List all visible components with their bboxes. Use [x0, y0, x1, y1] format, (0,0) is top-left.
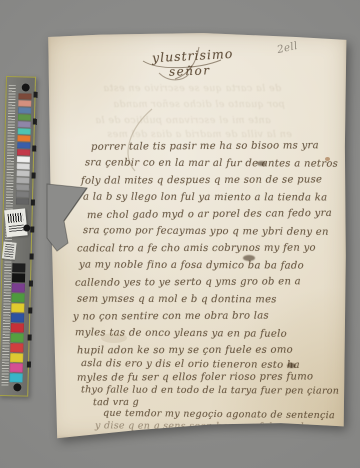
- color-patch: [18, 128, 31, 134]
- color-patch: [10, 373, 23, 382]
- color-patch: [18, 100, 31, 106]
- ink-blot: [257, 161, 266, 166]
- mini-label: [2, 241, 17, 259]
- color-patch: [17, 149, 30, 155]
- color-patch: [12, 273, 25, 282]
- photo-background: 2ell ylustrisimo señor de la carta que s…: [0, 0, 360, 468]
- color-patch: [18, 121, 31, 127]
- color-patch: [11, 293, 24, 302]
- ink-blot: [243, 255, 255, 261]
- color-patch: [12, 263, 25, 272]
- registration-dot-icon: [23, 224, 30, 231]
- salutation-line-2: señor: [169, 63, 211, 78]
- color-patch: [18, 114, 31, 120]
- show-through-line: en la villa de madrid a dias del mes: [107, 129, 292, 140]
- manuscript-line: cadical tro a fe cho amis cobrynos my fe…: [77, 243, 316, 255]
- manuscript-line: thyo falle luo d en todo de la tarya fue…: [81, 384, 339, 396]
- show-through-line: de la carta que se escrivio en esta: [103, 83, 281, 94]
- color-calibration-strip: [0, 76, 36, 397]
- color-patch-column: [17, 93, 32, 155]
- rust-stain: [325, 157, 330, 161]
- manuscript-line: sem ymses q a mol e b q dontina mes: [77, 294, 277, 306]
- manuscript-line: sra çenbir co en la mar al fur de antes …: [85, 157, 338, 169]
- manuscript-line: myles de fu ser q ellos foler rioso pres…: [77, 371, 313, 383]
- manuscript-line: y dise q en q sens seen bon ron ful men …: [95, 420, 310, 432]
- color-patch: [17, 135, 30, 141]
- manuscript-line: a la b sy llego lon ful ya miento a la t…: [83, 192, 327, 204]
- color-patch: [17, 142, 30, 148]
- color-patch: [11, 313, 24, 322]
- show-through-line: por quanto el dicho señor manda: [113, 99, 285, 110]
- registration-dot-icon: [22, 83, 30, 91]
- manuscript-line: porrer tale tis pasir me ha so bisoo ms …: [91, 140, 319, 153]
- color-patch: [12, 283, 25, 292]
- color-patch: [18, 107, 31, 113]
- color-patch: [11, 323, 24, 332]
- manuscript-line: hupil adon ke so my se çon fuele es omo: [77, 345, 293, 357]
- color-patch: [10, 333, 23, 342]
- paper-sheet: 2ell ylustrisimo señor de la carta que s…: [47, 33, 347, 439]
- color-patch: [16, 198, 29, 204]
- manuscript-line: ya my noble fino a fosa dymico ba ba fad…: [79, 259, 304, 271]
- manuscript-line: sra çomo por fecaymas ypo q me ybri deny…: [83, 225, 329, 238]
- manuscript-line: asla dis ero y dis el orio tieneron esto…: [81, 358, 300, 371]
- color-patch: [17, 163, 30, 169]
- manuscript-line: me chol gado myd o ar porel des can fedo…: [87, 208, 332, 221]
- color-patch: [17, 156, 30, 162]
- smudge-stain: [101, 333, 127, 343]
- barcode-label: [4, 208, 28, 237]
- color-patch: [10, 343, 23, 352]
- color-patch: [16, 191, 29, 197]
- manuscript-line: y no çon sentire con me obra bro las: [73, 310, 269, 322]
- color-patch: [16, 177, 29, 183]
- lower-patch-column: [10, 263, 26, 382]
- show-through-line: ante mi el escrivano publico de la: [95, 115, 271, 126]
- manuscript-page: 2ell ylustrisimo señor de la carta que s…: [47, 33, 347, 439]
- color-patch: [10, 363, 23, 372]
- color-patch: [16, 184, 29, 190]
- manuscript-line: callendo yes to ye serto q yms gro ob en…: [75, 276, 301, 289]
- grayscale-patch-column: [16, 156, 30, 204]
- color-patch: [10, 353, 23, 362]
- registration-dot-icon: [13, 383, 21, 391]
- color-patch: [18, 93, 31, 99]
- ink-blot: [287, 363, 296, 368]
- manuscript-line: foly dal mites q despues q me son de se …: [81, 174, 322, 186]
- manuscript-line: tad vra g: [93, 397, 139, 408]
- color-patch: [17, 170, 30, 176]
- color-patch: [11, 303, 24, 312]
